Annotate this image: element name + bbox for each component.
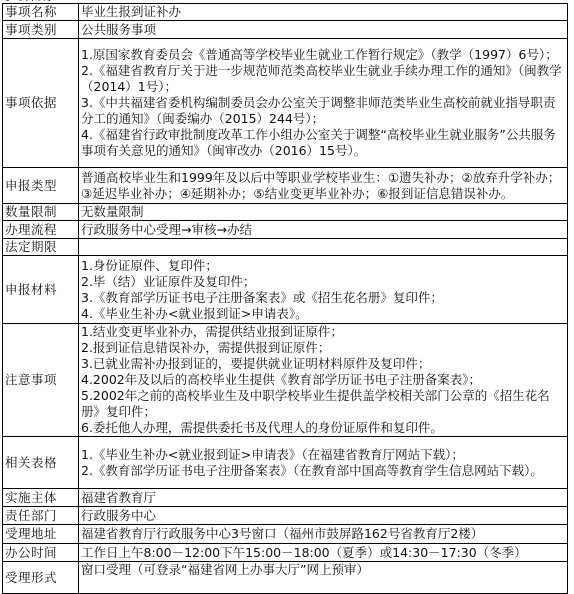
row-label: 办理流程: [3, 221, 79, 239]
row-label: 事项类别: [3, 21, 79, 39]
row-value-line: 普通高校毕业生和1999年及以后中等职业学校毕业生：①遗失补办；②放弃升学补办；…: [81, 170, 565, 202]
table-row-legal-basis: 事项依据1.原国家教育委员会《普通高等学校毕业生就业工作暂行规定》（教学（199…: [3, 39, 568, 168]
row-label: 数量限制: [3, 204, 79, 221]
row-label: 法定期限: [3, 239, 79, 256]
row-value-line: 1.身份证原件、复印件；: [81, 258, 565, 274]
row-value-line: 无数量限制: [81, 204, 565, 220]
row-value: 公共服务事项: [79, 21, 568, 39]
row-value-line: 4.2002年及以后的高校毕业生提供《教育部学历证书电子注册备案表》；: [81, 372, 565, 388]
row-label: 事项名称: [3, 4, 79, 21]
row-label: 申报类型: [3, 168, 79, 204]
row-value-line: 1.原国家教育委员会《普通高等学校毕业生就业工作暂行规定》（教学（1997）6号…: [81, 47, 565, 63]
row-value: [79, 239, 568, 256]
row-value-line: 2.毕（结）业证原件及复印件；: [81, 274, 565, 290]
row-value-line: 4.《毕业生补办<就业报到证>申请表》。: [81, 306, 565, 322]
row-value: 窗口受理（可登录“福建省网上办事大厅”网上预审）: [79, 562, 568, 594]
row-value-line: 2.报到证信息错误补办，需提供报到证原件；: [81, 340, 565, 356]
row-label: 注意事项: [3, 324, 79, 437]
table-row-implementing-body: 实施主体福建省教育厅: [3, 489, 568, 507]
row-value: 1.原国家教育委员会《普通高等学校毕业生就业工作暂行规定》（教学（1997）6号…: [79, 39, 568, 168]
row-value-line: 2.《教育部学历证书电子注册备案表》（在教育部中国高等教育学生信息网站下载）。: [81, 463, 565, 479]
row-label: 实施主体: [3, 489, 79, 507]
row-label: 申报材料: [3, 256, 79, 324]
row-value: 工作日上午8:00－12:00下午15:00－18:00（夏季）或14:30－1…: [79, 544, 568, 562]
row-value: 普通高校毕业生和1999年及以后中等职业学校毕业生：①遗失补办；②放弃升学补办；…: [79, 168, 568, 204]
row-value-line: 毕业生报到证补办: [81, 4, 565, 20]
row-value-line: 福建省教育厅: [81, 490, 565, 506]
table-row-application-materials: 申报材料1.身份证原件、复印件；2.毕（结）业证原件及复印件；3.《教育部学历证…: [3, 256, 568, 324]
table-row-statutory-deadline: 法定期限: [3, 239, 568, 256]
row-value-line: 6.委托他人办理，需提供委托书及代理人的身份证原件和复印件。: [81, 420, 565, 436]
row-value-line: 5.2002年之前的高校毕业生及中职学校毕业生提供盖学校相关部门公章的《招生花名…: [81, 388, 565, 420]
row-label: 办公时间: [3, 544, 79, 562]
table-row-notes: 注意事项1.结业变更毕业补办，需提供结业报到证原件；2.报到证信息错误补办，需提…: [3, 324, 568, 437]
table-row-item-category: 事项类别公共服务事项: [3, 21, 568, 39]
service-item-info-table: 事项名称毕业生报到证补办事项类别公共服务事项事项依据1.原国家教育委员会《普通高…: [2, 3, 568, 594]
row-label: 受理地址: [3, 525, 79, 544]
table-row-related-forms: 相关表格1.《毕业生补办<就业报到证>申请表》（在福建省教育厅网站下载）；2.《…: [3, 437, 568, 489]
table-row-application-type: 申报类型普通高校毕业生和1999年及以后中等职业学校毕业生：①遗失补办；②放弃升…: [3, 168, 568, 204]
row-value: 行政服务中心: [79, 507, 568, 525]
row-value-line: 4.《福建省行政审批制度改革工作小组办公室关于调整“高校毕业生就业服务”公共服务…: [81, 127, 565, 159]
table-row-quantity-limit: 数量限制无数量限制: [3, 204, 568, 221]
row-value-line: 1.结业变更毕业补办，需提供结业报到证原件；: [81, 324, 565, 340]
row-value-line: 公共服务事项: [81, 22, 565, 38]
table-row-item-name: 事项名称毕业生报到证补办: [3, 4, 568, 21]
row-value-line: 3.《教育部学历证书电子注册备案表》或《招生花名册》复印件；: [81, 290, 565, 306]
row-value-line: 1.《毕业生补办<就业报到证>申请表》（在福建省教育厅网站下载）；: [81, 447, 565, 463]
row-value-line: 窗口受理（可登录“福建省网上办事大厅”网上预审）: [81, 562, 565, 578]
table-row-service-form: 受理形式窗口受理（可登录“福建省网上办事大厅”网上预审）: [3, 562, 568, 594]
row-value-line: 福建省教育厅行政服务中心3号窗口（福州市鼓屏路162号省教育厅2楼）: [81, 526, 565, 542]
row-value: 福建省教育厅: [79, 489, 568, 507]
row-value: 福建省教育厅行政服务中心3号窗口（福州市鼓屏路162号省教育厅2楼）: [79, 525, 568, 544]
row-value: 毕业生报到证补办: [79, 4, 568, 21]
table-row-process-flow: 办理流程行政服务中心受理→审核→办结: [3, 221, 568, 239]
row-value-line: 3.《中共福建省委机构编制委员会办公室关于调整非师范类毕业生高校前就业指导职责分…: [81, 95, 565, 127]
row-label: 相关表格: [3, 437, 79, 489]
table-row-service-address: 受理地址福建省教育厅行政服务中心3号窗口（福州市鼓屏路162号省教育厅2楼）: [3, 525, 568, 544]
row-value: 1.结业变更毕业补办，需提供结业报到证原件；2.报到证信息错误补办，需提供报到证…: [79, 324, 568, 437]
row-value: 行政服务中心受理→审核→办结: [79, 221, 568, 239]
row-value: 1.《毕业生补办<就业报到证>申请表》（在福建省教育厅网站下载）；2.《教育部学…: [79, 437, 568, 489]
table-row-responsible-department: 责任部门行政服务中心: [3, 507, 568, 525]
row-value-line: 工作日上午8:00－12:00下午15:00－18:00（夏季）或14:30－1…: [81, 545, 565, 561]
row-value-line: 3.已就业需补办报到证的，要提供就业证明材料原件及复印件；: [81, 356, 565, 372]
row-value: 1.身份证原件、复印件；2.毕（结）业证原件及复印件；3.《教育部学历证书电子注…: [79, 256, 568, 324]
row-value: 无数量限制: [79, 204, 568, 221]
row-label: 事项依据: [3, 39, 79, 168]
row-value-line: 行政服务中心: [81, 508, 565, 524]
row-value-line: 行政服务中心受理→审核→办结: [81, 222, 565, 238]
row-label: 受理形式: [3, 562, 79, 594]
row-label: 责任部门: [3, 507, 79, 525]
row-value-line: 2.《福建省教育厅关于进一步规范师范类高校毕业生就业手续办理工作的通知》（闽教学…: [81, 63, 565, 95]
table-row-office-hours: 办公时间工作日上午8:00－12:00下午15:00－18:00（夏季）或14:…: [3, 544, 568, 562]
table-body: 事项名称毕业生报到证补办事项类别公共服务事项事项依据1.原国家教育委员会《普通高…: [3, 4, 568, 594]
